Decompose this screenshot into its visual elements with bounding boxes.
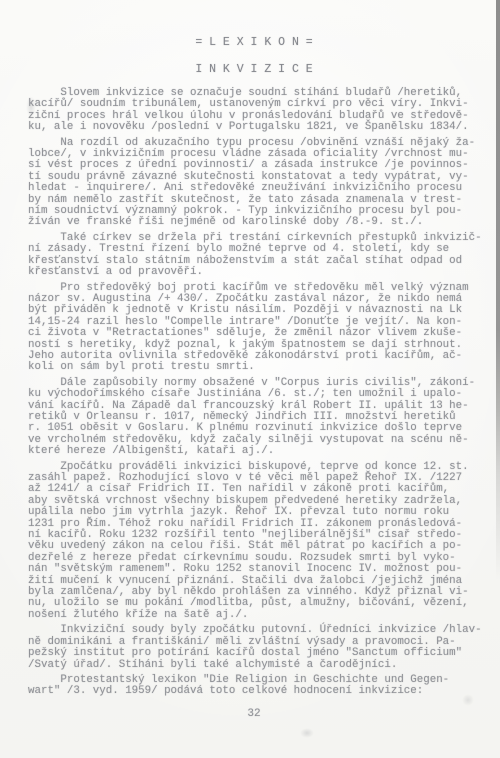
- entry-title: I N K V I Z I C E: [28, 49, 480, 76]
- paragraph-legal-norms: Dále zapůsobily normy obsažené v "Corpus…: [28, 378, 480, 458]
- paragraph-augustine: Pro středověký boj proti kacířům ve stře…: [28, 283, 480, 374]
- paragraph-courts: Inkviziční soudy byly zpočátku putovní. …: [28, 625, 480, 671]
- page-number: 32: [28, 708, 480, 720]
- paragraph-bishops-popes: Zpočátku prováděli inkvizici biskupové, …: [28, 462, 480, 622]
- paragraph-church-principle: Také církev se držela při trestání círke…: [28, 233, 480, 279]
- scan-edge-artifact: [496, 0, 500, 660]
- page-content: = L E X I K O N = I N K V I Z I C E Slov…: [28, 0, 480, 720]
- paragraph-protestant-lexicon: Protestantský lexikon "Die Religion in G…: [28, 675, 480, 698]
- scan-smudge: [300, 728, 314, 738]
- paragraph-process-type: Na rozdíl od akuzačního typu procesu /ob…: [28, 138, 480, 229]
- body-text: Slovem inkvizice se označuje soudní stíh…: [28, 88, 480, 698]
- scanned-document-page: = L E X I K O N = I N K V I Z I C E Slov…: [0, 0, 500, 758]
- paragraph-intro: Slovem inkvizice se označuje soudní stíh…: [28, 88, 480, 134]
- series-header: = L E X I K O N =: [28, 0, 480, 49]
